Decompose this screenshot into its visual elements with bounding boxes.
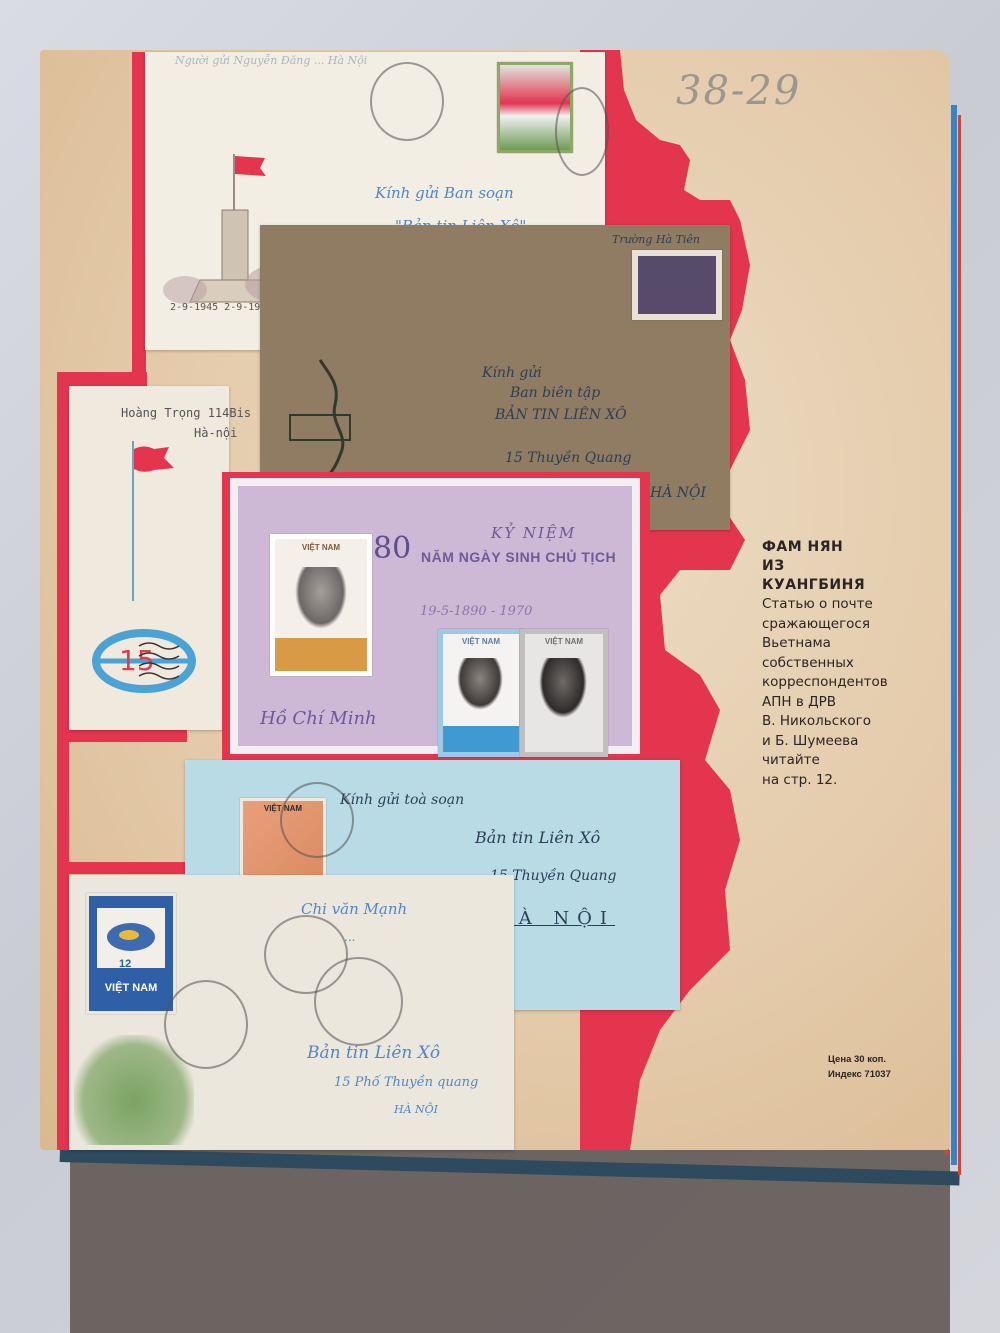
address-line-2: Ban biên tập: [510, 385, 600, 401]
stamp-value: 12: [119, 958, 131, 970]
stamp-label: VIỆT NAM: [275, 543, 367, 552]
souvenir-sheet: VIỆT NAM KỶ NIỆM 80 NĂM NGÀY SINH CHỦ TỊ…: [230, 478, 640, 754]
article-heading-1: ФАМ НЯН: [762, 538, 942, 557]
ho-chi-minh-stamp-1: VIỆT NAM: [270, 534, 372, 676]
index-line: Индекс 71037: [828, 1067, 891, 1082]
typed-line-1: Hoàng Trọng 114Bis: [121, 406, 251, 420]
portrait: [295, 567, 347, 629]
postmark-1: [164, 980, 248, 1069]
article-heading-3: КУАНГБИНЯ: [762, 576, 942, 595]
sheet-title-number: 80: [373, 531, 411, 566]
stamp-label: VIỆT NAM: [93, 982, 169, 994]
portrait: [539, 658, 587, 718]
red-frame-left-top: [132, 52, 146, 382]
address-line-1: Kính gửi toà soạn: [340, 792, 464, 808]
red-frame-bottom-h2: [57, 862, 187, 874]
ho-chi-minh-signature: Hồ Chí Minh: [260, 708, 377, 729]
map-drawing: [270, 355, 420, 485]
article-body-5: корреспондентов: [762, 673, 942, 693]
envelope-typed: Hoàng Trọng 114Bis Hà-nội 15: [69, 386, 229, 730]
postmark-3: [314, 957, 403, 1046]
typed-line-2: Hà-nội: [194, 426, 237, 440]
sheet-title-main: NĂM NGÀY SINH CHỦ TỊCH: [421, 549, 616, 565]
address-line-3: BẢN TIN LIÊN XÔ: [495, 407, 627, 423]
ho-chi-minh-stamp-2: VIỆT NAM: [438, 629, 524, 757]
stamp-label: VIỆT NAM: [525, 637, 603, 646]
globe-emblem-icon: 15: [89, 626, 199, 696]
article-teaser: ФАМ НЯН ИЗ КУАНГБИНЯ Статью о почте сраж…: [762, 538, 942, 790]
red-frame-left-mid: [57, 372, 147, 386]
sheet-lilac-panel: VIỆT NAM KỶ NIỆM 80 NĂM NGÀY SINH CHỦ TỊ…: [238, 486, 632, 746]
address-line-2: Bản tin Liên Xô: [475, 828, 600, 847]
turtle-stamp: 12 VIỆT NAM: [86, 893, 176, 1014]
article-body-9: читайте: [762, 751, 942, 771]
dark-stamp: [632, 250, 722, 320]
address-line-2: ...: [344, 930, 355, 944]
address-line-5: HÀ NỘI: [650, 485, 706, 501]
portrait: [457, 658, 503, 710]
envelope-turtle-stamp: 12 VIỆT NAM Chi văn Mạnh ... Bản tin Liê…: [69, 875, 514, 1150]
article-body-4: собственных: [762, 654, 942, 674]
price-block: Цена 30 коп. Индекс 71037: [828, 1052, 891, 1082]
red-frame-bottom-h: [57, 730, 187, 742]
young-ho-chi-minh-stamp: VIỆT NAM: [520, 629, 608, 757]
address-line-3: Bản tin Liên Xô: [307, 1043, 440, 1063]
anniversary-date-caption: 2-9-1945 2-9-1970: [170, 302, 272, 313]
svg-text:15: 15: [119, 644, 155, 677]
address-line-1: Kính gửi: [482, 365, 542, 381]
article-heading-2: ИЗ: [762, 557, 942, 576]
postmark-round: [555, 87, 609, 176]
article-body-8: и Б. Шумеева: [762, 732, 942, 752]
stamp-label: VIỆT NAM: [443, 637, 519, 646]
red-flag-icon: [134, 444, 179, 484]
address-line-4: 15 Phố Thuyền quang: [334, 1075, 478, 1090]
sheet-title-top: KỶ NIỆM: [491, 524, 576, 542]
price-line: Цена 30 коп.: [828, 1052, 891, 1067]
article-body-10: на стр. 12.: [762, 771, 942, 791]
address-line-1: Chi văn Mạnh: [301, 900, 407, 918]
sheet-dates: 19-5-1890 - 1970: [420, 604, 532, 619]
sender-line: Người gửi Nguyễn Đăng ... Hà Nội: [175, 54, 367, 67]
address-line-4: 15 Thuyền Quang: [505, 450, 631, 466]
article-body-2: сражающегося: [762, 615, 942, 635]
article-body-1: Статью о почте: [762, 595, 942, 615]
sender-line: Trường Hà Tiên: [612, 233, 700, 246]
address-line-1: Kính gửi Ban soạn: [375, 184, 514, 202]
pencil-catalog-note: 38-29: [676, 68, 801, 114]
article-body-7: В. Никольского: [762, 712, 942, 732]
address-line-5: HÀ NỘI: [394, 1103, 438, 1116]
article-body-3: Вьетнама: [762, 634, 942, 654]
red-frame-left-vertical: [57, 372, 69, 1150]
postmark: [370, 62, 444, 141]
article-body-6: АПН в ДРВ: [762, 693, 942, 713]
